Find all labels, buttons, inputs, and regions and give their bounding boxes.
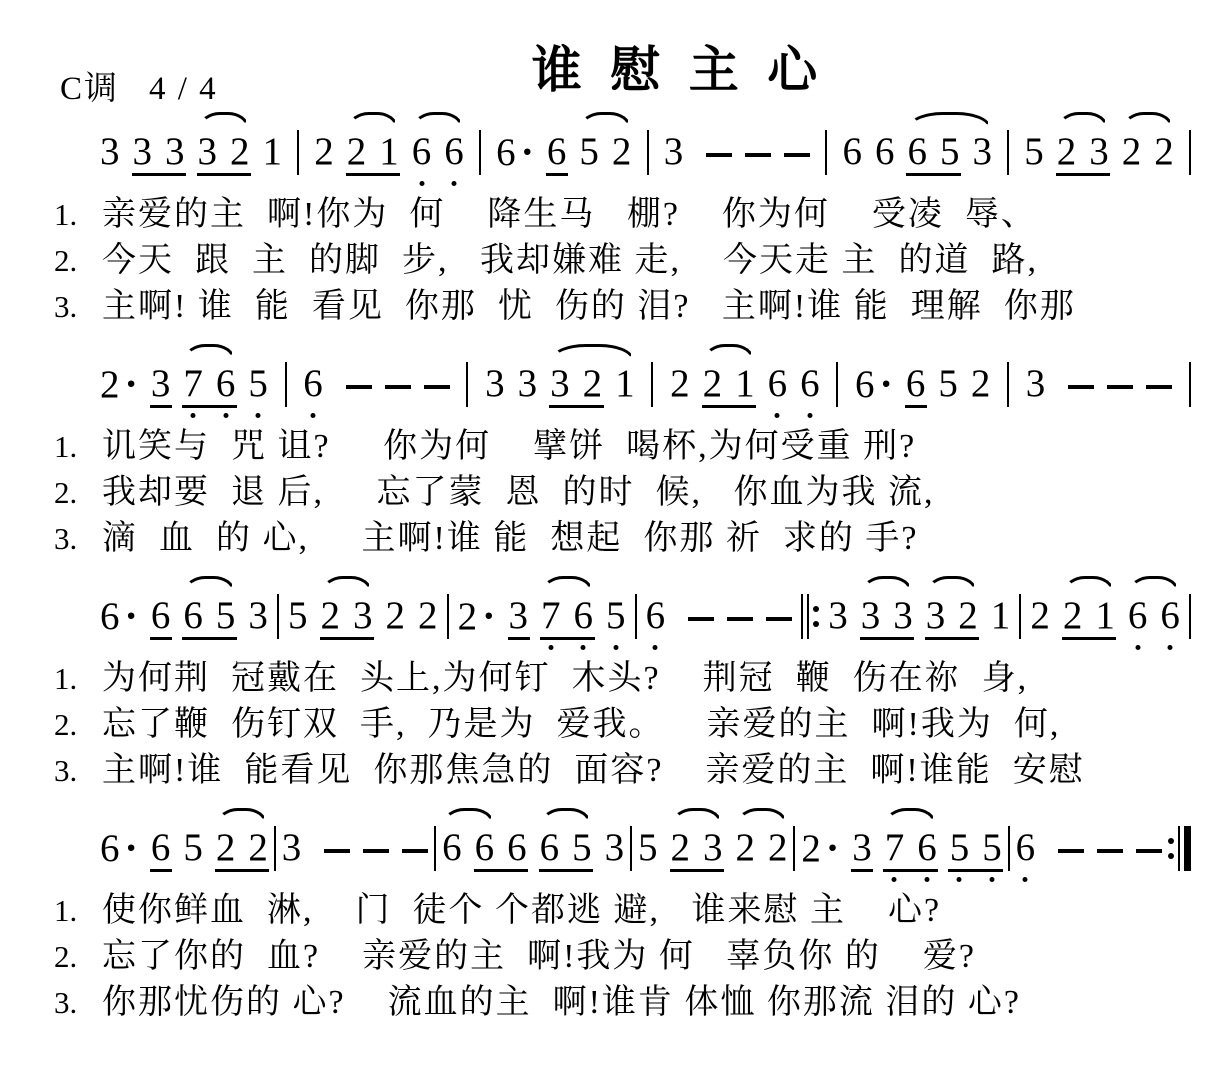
note-digit: 6 bbox=[1128, 594, 1148, 637]
note-digit: 5 bbox=[572, 826, 592, 869]
barline-cell bbox=[647, 110, 649, 175]
barline bbox=[466, 362, 468, 407]
beam-line bbox=[1056, 173, 1110, 176]
note-digit: 2 bbox=[768, 826, 788, 869]
note: 6· bbox=[855, 362, 893, 415]
beam-line bbox=[215, 869, 269, 872]
notation-line: 333321221666·65236665352322 bbox=[100, 110, 1191, 188]
measure-notes: 33321 bbox=[485, 342, 635, 414]
note: 6 bbox=[444, 130, 464, 182]
note: 5 bbox=[638, 826, 658, 878]
beam-line bbox=[549, 405, 604, 408]
lyric-line: 3.你那忧伤的 心? 流血的主 啊!谁肯 体恤 你那流 泪的 心? bbox=[54, 980, 1193, 1026]
note-digit: 2 bbox=[1057, 130, 1077, 173]
measure-notes: 52322 bbox=[288, 574, 438, 646]
slur-arc bbox=[1129, 576, 1179, 592]
note-digit: 2 bbox=[320, 594, 340, 637]
slur-arc bbox=[672, 808, 722, 824]
slur-arc bbox=[443, 808, 494, 824]
dash bbox=[784, 153, 810, 157]
octave-dot bbox=[548, 645, 553, 650]
measure-notes: 666653 bbox=[442, 806, 624, 878]
lyric-text: 你那忧伤的 心? 流血的主 啊!谁肯 体恤 你那流 泪的 心? bbox=[102, 980, 1021, 1026]
note: 6 bbox=[842, 130, 862, 182]
beam-line bbox=[546, 173, 568, 176]
note-digit: 3 bbox=[926, 594, 946, 637]
note-digit: 5 bbox=[982, 826, 1002, 869]
slur-arc bbox=[413, 112, 463, 128]
note-digit: 6 bbox=[475, 826, 495, 869]
duration-dashes bbox=[324, 849, 428, 853]
octave-dot bbox=[924, 877, 929, 882]
note-digit: 6 bbox=[917, 826, 937, 869]
note: 3 bbox=[518, 362, 538, 414]
note-digit: 6 bbox=[100, 827, 120, 870]
note: 3 bbox=[828, 594, 848, 646]
note-digit: 5 bbox=[638, 826, 658, 869]
measure-notes: 333321 bbox=[828, 574, 1010, 646]
beam-line bbox=[508, 637, 530, 640]
measure-notes: 333321 bbox=[100, 110, 282, 182]
lyric-text: 主啊!谁 能看见 你那焦急的 面容? 亲爱的主 啊!谁能 安慰 bbox=[102, 748, 1085, 794]
note-digit: 5 bbox=[950, 826, 970, 869]
barline-cell bbox=[635, 574, 637, 639]
note-digit: 6 bbox=[216, 362, 236, 405]
note-digit: 3 bbox=[1026, 362, 1046, 405]
slur-arc bbox=[217, 808, 267, 824]
beam-line bbox=[851, 869, 873, 872]
note-digit: 6 bbox=[1016, 826, 1036, 869]
music-system-1: 333321221666·65236665352322 1.亲爱的主 啊!你为 … bbox=[54, 110, 1193, 330]
octave-dot bbox=[419, 181, 424, 186]
measure-notes: 3 bbox=[664, 110, 811, 182]
lyric-line: 1.讥笑与 咒 诅? 你为何 擘饼 喝杯,为何受重 刑? bbox=[54, 424, 1193, 470]
note-digit: 6 bbox=[444, 130, 464, 173]
repeat-dot bbox=[1168, 853, 1174, 859]
dash bbox=[363, 849, 389, 853]
verse-number: 3. bbox=[54, 748, 102, 794]
measure-notes: 22166 bbox=[314, 110, 464, 182]
note-digit: 3 bbox=[151, 362, 171, 405]
note: 5 bbox=[938, 362, 958, 414]
dash bbox=[766, 617, 792, 621]
barline bbox=[274, 826, 276, 871]
note-digit: 6 bbox=[412, 130, 432, 173]
beam-line bbox=[182, 405, 237, 408]
beam-line bbox=[474, 869, 528, 872]
barline bbox=[1019, 594, 1021, 639]
note-digit: 3 bbox=[198, 130, 218, 173]
note-digit: 3 bbox=[605, 826, 625, 869]
note-digit: 2 bbox=[1030, 594, 1050, 637]
barline-cell bbox=[836, 342, 838, 407]
barline-cell bbox=[479, 110, 481, 175]
note: 6 bbox=[646, 594, 666, 646]
note-digit: 3 bbox=[485, 362, 505, 405]
note: 2 bbox=[735, 826, 755, 878]
note-digit: 2 bbox=[971, 362, 991, 405]
lyric-text: 为何荆 冠戴在 头上,为何钉 木头? 荆冠 鞭 伤在祢 身, bbox=[102, 656, 1028, 702]
slur-arc bbox=[885, 808, 936, 824]
barline-cell bbox=[1189, 342, 1191, 407]
lyric-line: 2.今天 跟 主 的脚 步, 我却嫌难 走, 今天走 主 的道 路, bbox=[54, 238, 1193, 284]
lyric-text: 我却要 退 后, 忘了蒙 恩 的时 候, 你血为我 流, bbox=[102, 470, 935, 516]
slur-arc bbox=[541, 808, 591, 824]
note-digit: 6 bbox=[540, 826, 560, 869]
dash bbox=[424, 385, 450, 389]
octave-dot bbox=[989, 877, 994, 882]
slur-arc bbox=[862, 576, 912, 592]
lyric-text: 主啊! 谁 能 看见 你那 忧 伤的 泪? 主啊!谁 能 理解 你那 bbox=[102, 284, 1076, 330]
beam-line bbox=[150, 869, 172, 872]
note-digit: 2 bbox=[385, 594, 405, 637]
beam-line bbox=[150, 637, 172, 640]
measure-notes: 52322 bbox=[1024, 110, 1174, 182]
repeat-dot bbox=[1168, 838, 1174, 844]
note-digit: 6 bbox=[646, 594, 666, 637]
note-digit: 6 bbox=[151, 826, 171, 869]
notation-line: 2·3765633321221666·6523 bbox=[100, 342, 1191, 420]
lyric-line: 2.忘了鞭 伤钉双 手, 乃是为 爱我。 亲爱的主 啊!我为 何, bbox=[54, 702, 1193, 748]
augmentation-dot: · bbox=[826, 826, 839, 870]
lyric-text: 滴 血 的 心, 主啊!谁 能 想起 你那 祈 求的 手? bbox=[102, 516, 918, 562]
octave-dot bbox=[957, 877, 962, 882]
barline-cell bbox=[793, 806, 795, 871]
beam-line bbox=[346, 173, 400, 176]
lyric-line: 3.主啊! 谁 能 看见 你那 忧 伤的 泪? 主啊!谁 能 理解 你那 bbox=[54, 284, 1193, 330]
barline bbox=[825, 130, 827, 175]
note: 3 bbox=[664, 130, 684, 182]
verse-number: 1. bbox=[54, 656, 102, 702]
note-digit: 5 bbox=[606, 594, 626, 637]
barline bbox=[630, 826, 632, 871]
note-digit: 3 bbox=[282, 826, 302, 869]
barline-cell bbox=[1008, 806, 1010, 871]
note-digit: 2 bbox=[230, 130, 250, 173]
note-digit: 3 bbox=[248, 594, 268, 637]
note: 2 bbox=[971, 362, 991, 414]
note-digit: 1 bbox=[263, 130, 283, 173]
note-digit: 3 bbox=[133, 130, 153, 173]
note-digit: 2 bbox=[347, 130, 367, 173]
note-digit: 3 bbox=[353, 594, 373, 637]
note: 5 bbox=[1024, 130, 1044, 182]
note-digit: 5 bbox=[288, 594, 308, 637]
note-digit: 2 bbox=[670, 362, 690, 405]
note-digit: 2 bbox=[612, 130, 632, 173]
beam-line bbox=[860, 637, 914, 640]
note: 6· bbox=[496, 130, 534, 183]
note-digit: 3 bbox=[664, 130, 684, 173]
note-digit: 6 bbox=[906, 362, 926, 405]
beam-line bbox=[1062, 637, 1116, 640]
barline-cell bbox=[1007, 110, 1009, 175]
slur-arc bbox=[1123, 112, 1173, 128]
note-digit: 5 bbox=[1024, 130, 1044, 173]
verse-number: 2. bbox=[54, 702, 102, 748]
dash bbox=[1097, 849, 1123, 853]
repeat-dot bbox=[813, 621, 819, 627]
beam-line bbox=[150, 405, 172, 408]
augmentation-dot: · bbox=[521, 130, 534, 174]
duration-dashes bbox=[1068, 385, 1172, 389]
measure-notes: 6 bbox=[303, 342, 450, 414]
augmentation-dot: · bbox=[125, 826, 138, 870]
lyric-line: 2.我却要 退 后, 忘了蒙 恩 的时 候, 你血为我 流, bbox=[54, 470, 1193, 516]
note-digit: 1 bbox=[735, 362, 755, 405]
dash bbox=[385, 385, 411, 389]
measure-notes: 2·3765 bbox=[458, 574, 626, 647]
measure-notes: 6 bbox=[646, 574, 793, 646]
octave-dot bbox=[807, 413, 812, 418]
lyric-line: 1.亲爱的主 啊!你为 何 降生马 棚? 你为何 受凌 辱、 bbox=[54, 192, 1193, 238]
dash bbox=[346, 385, 372, 389]
barline bbox=[651, 362, 653, 407]
note-digit: 2 bbox=[1122, 130, 1142, 173]
dash bbox=[1136, 849, 1162, 853]
slur-arc bbox=[1064, 576, 1114, 592]
note: 2 bbox=[418, 594, 438, 646]
key-label: C调 bbox=[60, 71, 119, 107]
lyric-text: 亲爱的主 啊!你为 何 降生马 棚? 你为何 受凌 辱、 bbox=[102, 192, 1037, 238]
beam-line bbox=[197, 173, 251, 176]
barline bbox=[277, 594, 279, 639]
note: 2 bbox=[670, 362, 690, 414]
note-digit: 6 bbox=[842, 130, 862, 173]
dash bbox=[706, 153, 732, 157]
lyric-line: 3.滴 血 的 心, 主啊!谁 能 想起 你那 祈 求的 手? bbox=[54, 516, 1193, 562]
duration-dashes bbox=[1058, 849, 1162, 853]
octave-dot bbox=[892, 877, 897, 882]
music-system-4: 6·65223666653523222·376556 1.使你鲜血 淋, 门 徒… bbox=[54, 806, 1193, 1026]
note-digit: 6 bbox=[507, 826, 527, 869]
note: 2· bbox=[100, 362, 138, 415]
augmentation-dot: · bbox=[125, 362, 138, 406]
beam-line bbox=[539, 869, 593, 872]
note: 3 bbox=[282, 826, 302, 878]
barline bbox=[285, 362, 287, 407]
sheet-music-page: 谁 慰 主 心 C调4 / 4 333321221666·65236665352… bbox=[0, 0, 1219, 1082]
notation-line: 6·6653523222·3765633332122166 bbox=[100, 574, 1191, 652]
note-digit: 6 bbox=[768, 362, 788, 405]
barline bbox=[479, 130, 481, 175]
duration-dashes bbox=[688, 617, 792, 621]
octave-dot bbox=[653, 645, 658, 650]
note-digit: 3 bbox=[550, 362, 570, 405]
note-digit: 2 bbox=[1154, 130, 1174, 173]
note: 5 bbox=[606, 594, 626, 646]
barline bbox=[297, 130, 299, 175]
note-digit: 7 bbox=[885, 826, 905, 869]
repeat-dots bbox=[1168, 838, 1174, 859]
note: 3 bbox=[100, 130, 120, 182]
slur-arc bbox=[580, 112, 631, 128]
barline bbox=[1007, 130, 1009, 175]
note: 5 bbox=[183, 826, 203, 878]
note-digit: 1 bbox=[615, 362, 635, 405]
lyric-line: 1.使你鲜血 淋, 门 徒个 个都逃 避, 谁来慰 主 心? bbox=[54, 888, 1193, 934]
note: 1 bbox=[991, 594, 1011, 646]
notation-line: 6·65223666653523222·376556 bbox=[100, 806, 1191, 884]
barline-cell bbox=[1007, 342, 1009, 407]
note-digit: 3 bbox=[972, 130, 992, 173]
note-digit: 6 bbox=[855, 363, 875, 406]
note: 6· bbox=[100, 594, 138, 647]
note-digit: 6 bbox=[100, 595, 120, 638]
barline bbox=[793, 826, 795, 871]
measure-notes: 66653 bbox=[842, 110, 992, 182]
slur-arc bbox=[184, 344, 235, 360]
measure-notes: 6·652 bbox=[855, 342, 990, 415]
note-digit: 5 bbox=[940, 130, 960, 173]
barline bbox=[1189, 130, 1191, 175]
slur-arc bbox=[542, 576, 593, 592]
barline bbox=[801, 594, 803, 639]
dash bbox=[402, 849, 428, 853]
slur-arc bbox=[322, 576, 372, 592]
barline-cell bbox=[466, 342, 468, 407]
octave-dot bbox=[1135, 645, 1140, 650]
note: 3 bbox=[485, 362, 505, 414]
measure-notes: 2·37655 bbox=[801, 806, 1001, 879]
note-digit: 6 bbox=[183, 594, 203, 637]
repeat-begin bbox=[801, 574, 819, 639]
note-digit: 6 bbox=[907, 130, 927, 173]
barline-cell bbox=[434, 806, 436, 871]
note: 2 bbox=[314, 130, 334, 182]
verse-number: 2. bbox=[54, 470, 102, 516]
note: 6 bbox=[800, 362, 820, 414]
beam-line bbox=[670, 869, 724, 872]
note: 6 bbox=[875, 130, 895, 182]
verse-number: 1. bbox=[54, 192, 102, 238]
slur-arc bbox=[199, 112, 249, 128]
beam-line bbox=[883, 869, 938, 872]
lyric-text: 忘了你的 血? 亲爱的主 啊!我为 何 辜负你 的 爱? bbox=[102, 934, 976, 980]
barline bbox=[1007, 362, 1009, 407]
note-digit: 3 bbox=[828, 594, 848, 637]
note: 6 bbox=[1016, 826, 1036, 878]
note-digit: 1 bbox=[1095, 594, 1115, 637]
note: 5 bbox=[248, 362, 268, 414]
note-digit: 2 bbox=[458, 595, 478, 638]
note: 2 bbox=[612, 130, 632, 182]
beam-line bbox=[948, 869, 1003, 872]
lyric-text: 今天 跟 主 的脚 步, 我却嫌难 走, 今天走 主 的道 路, bbox=[102, 238, 1038, 284]
barline-cell bbox=[825, 110, 827, 175]
barline bbox=[1189, 362, 1191, 407]
note: 1 bbox=[615, 362, 635, 414]
barline bbox=[434, 826, 436, 871]
note: 6 bbox=[303, 362, 323, 414]
lyric-line: 1.为何荆 冠戴在 头上,为何钉 木头? 荆冠 鞭 伤在祢 身, bbox=[54, 656, 1193, 702]
note-digit: 3 bbox=[893, 594, 913, 637]
note: 5 bbox=[579, 130, 599, 182]
dash bbox=[727, 617, 753, 621]
note: 5 bbox=[288, 594, 308, 646]
beam-line bbox=[906, 173, 961, 176]
note-digit: 2 bbox=[801, 827, 821, 870]
augmentation-dot: · bbox=[482, 594, 495, 638]
lyric-text: 忘了鞭 伤钉双 手, 乃是为 爱我。 亲爱的主 啊!我为 何, bbox=[102, 702, 1060, 748]
note-digit: 1 bbox=[991, 594, 1011, 637]
duration-dashes bbox=[706, 153, 810, 157]
barline bbox=[1178, 826, 1180, 871]
verse-number: 3. bbox=[54, 516, 102, 562]
barline bbox=[1189, 594, 1191, 639]
lyric-line: 3.主啊!谁 能看见 你那焦急的 面容? 亲爱的主 啊!谁能 安慰 bbox=[54, 748, 1193, 794]
note-digit: 6 bbox=[875, 130, 895, 173]
note-digit: 2 bbox=[703, 362, 723, 405]
slur-arc bbox=[1058, 112, 1108, 128]
note-digit: 3 bbox=[861, 594, 881, 637]
slur-arc bbox=[927, 576, 977, 592]
note-digit: 2 bbox=[418, 594, 438, 637]
repeat-dots bbox=[813, 606, 819, 627]
beam-line bbox=[320, 637, 374, 640]
note-digit: 7 bbox=[183, 362, 203, 405]
octave-dot bbox=[775, 413, 780, 418]
note-digit: 6 bbox=[496, 131, 516, 174]
measure-notes: 6·6522 bbox=[100, 806, 268, 879]
dash bbox=[745, 153, 771, 157]
octave-dot bbox=[581, 645, 586, 650]
dash bbox=[1107, 385, 1133, 389]
note-digit: 2 bbox=[958, 594, 978, 637]
verse-number: 3. bbox=[54, 980, 102, 1026]
note-digit: 2 bbox=[100, 363, 120, 406]
note: 2 bbox=[1154, 130, 1174, 182]
octave-dot bbox=[1168, 645, 1173, 650]
barline-thick bbox=[1184, 826, 1191, 871]
note-digit: 2 bbox=[248, 826, 268, 869]
note: 3 bbox=[1026, 362, 1046, 414]
note-digit: 2 bbox=[1063, 594, 1083, 637]
duration-dashes bbox=[346, 385, 450, 389]
measure-notes: 2·3765 bbox=[100, 342, 268, 415]
note-digit: 3 bbox=[508, 594, 528, 637]
measure-notes: 52322 bbox=[638, 806, 788, 878]
note: 6 bbox=[1128, 594, 1148, 646]
dash bbox=[1146, 385, 1172, 389]
slur-arc bbox=[704, 344, 754, 360]
octave-dot bbox=[311, 413, 316, 418]
note-digit: 6 bbox=[442, 826, 462, 869]
note-digit: 2 bbox=[670, 826, 690, 869]
octave-dot bbox=[191, 413, 196, 418]
note: 1 bbox=[263, 130, 283, 182]
beam-line bbox=[132, 173, 186, 176]
slur-arc bbox=[348, 112, 398, 128]
note: 3 bbox=[605, 826, 625, 878]
note-digit: 6 bbox=[303, 362, 323, 405]
verse-number: 1. bbox=[54, 888, 102, 934]
note-digit: 5 bbox=[248, 362, 268, 405]
note-digit: 5 bbox=[216, 594, 236, 637]
barline bbox=[1008, 826, 1010, 871]
note-digit: 3 bbox=[1089, 130, 1109, 173]
octave-dot bbox=[223, 413, 228, 418]
augmentation-dot: · bbox=[879, 362, 892, 406]
repeat-dot bbox=[813, 606, 819, 612]
note-digit: 6 bbox=[573, 594, 593, 637]
lyric-text: 使你鲜血 淋, 门 徒个 个都逃 避, 谁来慰 主 心? bbox=[102, 888, 941, 934]
verse-number: 3. bbox=[54, 284, 102, 330]
barline-cell bbox=[651, 342, 653, 407]
barline bbox=[836, 362, 838, 407]
note: 2 bbox=[1122, 130, 1142, 182]
note-digit: 5 bbox=[183, 826, 203, 869]
